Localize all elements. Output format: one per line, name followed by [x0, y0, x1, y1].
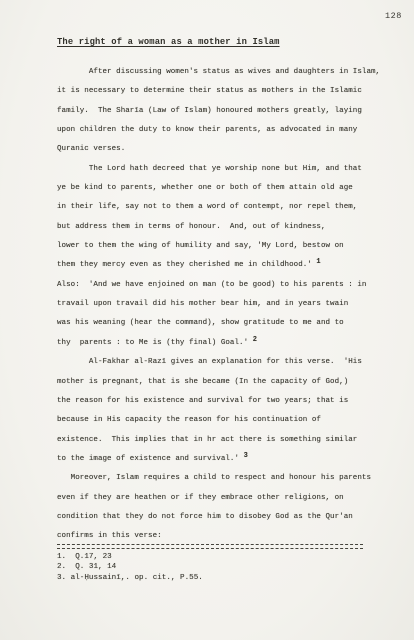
body-line: to the image of existence and survival.'… [57, 450, 397, 469]
page-number: 128 [385, 11, 402, 21]
body-line: condition that they do not force him to … [57, 508, 397, 527]
body-line: Also: 'And we have enjoined on man (to b… [57, 276, 397, 295]
body-line: After discussing women's status as wives… [57, 63, 397, 82]
body-line: it is necessary to determine their statu… [57, 82, 397, 101]
body-line: family. The Sharīa (Law of Islam) honour… [57, 102, 397, 121]
body-line: ye be kind to parents, whether one or bo… [57, 179, 397, 198]
body-line: existence. This implies that in hr act t… [57, 431, 397, 450]
footnote-line: 3. al-Ḥussainī,. op. cit., P.55. [57, 573, 364, 583]
scanned-document-page: 128 The right of a woman as a mother in … [0, 0, 414, 640]
body-line-text: thy parents : to Me is (thy final) Goal.… [57, 339, 253, 347]
footnote-line: 1. Q.17, 23 [57, 552, 364, 562]
body-line: The Lord hath decreed that ye worship no… [57, 160, 397, 179]
body-line-text: them they mercy even as they cherished m… [57, 261, 316, 269]
body-line: the reason for his existence and surviva… [57, 392, 397, 411]
body-line: thy parents : to Me is (thy final) Goal.… [57, 334, 397, 353]
body-line: upon children the duty to know their par… [57, 121, 397, 140]
footnote-ref-1: 1 [316, 258, 320, 266]
body-line-text: to the image of existence and survival.' [57, 455, 244, 463]
footnote-ref-2: 2 [253, 336, 257, 344]
body-line: but address them in terms of honour. And… [57, 218, 397, 237]
body-line: even if they are heathen or if they embr… [57, 489, 397, 508]
footnote-separator [57, 544, 363, 549]
body-line: in their life, say not to them a word of… [57, 198, 397, 217]
body-line: them they mercy even as they cherished m… [57, 256, 397, 275]
body-line: travail upon travail did his mother bear… [57, 295, 397, 314]
body-line: Al-Fakhar al-Razī gives an explanation f… [57, 353, 397, 372]
document-body: After discussing women's status as wives… [57, 63, 397, 547]
body-line: mother is pregnant, that is she became (… [57, 373, 397, 392]
footnote-block: 1. Q.17, 23 2. Q. 31, 14 3. al-Ḥussainī,… [57, 544, 364, 583]
body-line: lower to them the wing of humility and s… [57, 237, 397, 256]
body-line: was his weaning (hear the command), show… [57, 314, 397, 333]
page-title: The right of a woman as a mother in Isla… [57, 37, 280, 47]
body-line: because in His capacity the reason for h… [57, 411, 397, 430]
body-line: Quranic verses. [57, 140, 397, 159]
footnote-line: 2. Q. 31, 14 [57, 562, 364, 572]
footnote-ref-3: 3 [244, 452, 248, 460]
body-line: Moreover, Islam requires a child to resp… [57, 469, 397, 488]
